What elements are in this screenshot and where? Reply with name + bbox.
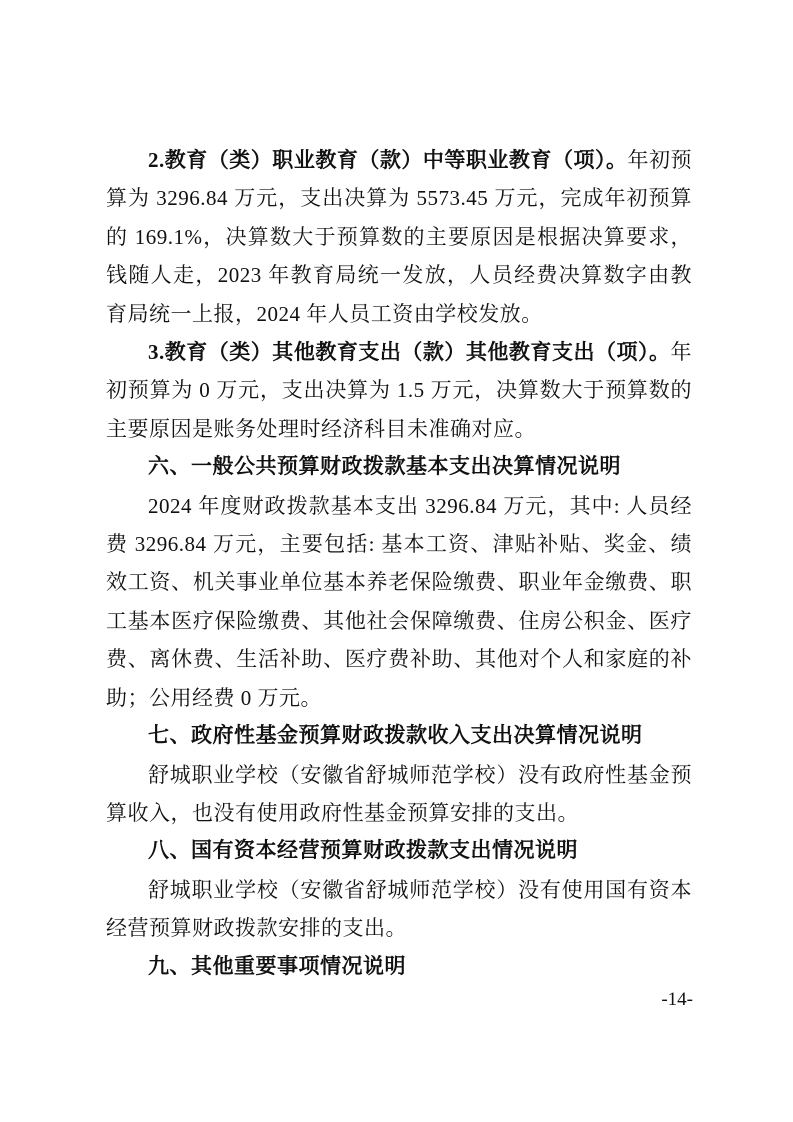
paragraph-lead: 2.教育（类）职业教育（款）中等职业教育（项）。 bbox=[148, 148, 627, 172]
paragraph-lead: 3.教育（类）其他教育支出（款）其他教育支出（项）。 bbox=[148, 340, 671, 364]
paragraph-text: 舒城职业学校（安徽省舒城师范学校）没有使用国有资本经营预算财政拨款安排的支出。 bbox=[106, 878, 692, 940]
heading-section-9: 九、其他重要事项情况说明 bbox=[106, 948, 692, 986]
heading-section-7: 七、政府性基金预算财政拨款收入支出决算情况说明 bbox=[106, 717, 692, 755]
document-body: 2.教育（类）职业教育（款）中等职业教育（项）。年初预算为 3296.84 万元… bbox=[106, 141, 692, 986]
paragraph-gov-fund: 舒城职业学校（安徽省舒城师范学校）没有政府性基金预算收入，也没有使用政府性基金预… bbox=[106, 756, 692, 833]
paragraph-text: 2024 年度财政拨款基本支出 3296.84 万元，其中: 人员经费 3296… bbox=[106, 494, 692, 710]
paragraph-vocational-education: 2.教育（类）职业教育（款）中等职业教育（项）。年初预算为 3296.84 万元… bbox=[106, 141, 692, 333]
heading-section-6: 六、一般公共预算财政拨款基本支出决算情况说明 bbox=[106, 448, 692, 486]
document-page: 2.教育（类）职业教育（款）中等职业教育（项）。年初预算为 3296.84 万元… bbox=[0, 0, 793, 1122]
paragraph-text: 舒城职业学校（安徽省舒城师范学校）没有政府性基金预算收入，也没有使用政府性基金预… bbox=[106, 763, 692, 825]
paragraph-other-education: 3.教育（类）其他教育支出（款）其他教育支出（项）。年初预算为 0 万元，支出决… bbox=[106, 333, 692, 448]
paragraph-state-capital: 舒城职业学校（安徽省舒城师范学校）没有使用国有资本经营预算财政拨款安排的支出。 bbox=[106, 871, 692, 948]
paragraph-basic-expenditure: 2024 年度财政拨款基本支出 3296.84 万元，其中: 人员经费 3296… bbox=[106, 487, 692, 717]
page-number: -14- bbox=[661, 989, 693, 1011]
heading-section-8: 八、国有资本经营预算财政拨款支出情况说明 bbox=[106, 832, 692, 870]
paragraph-text: 年初预算为 3296.84 万元，支出决算为 5573.45 万元，完成年初预算… bbox=[106, 148, 692, 326]
